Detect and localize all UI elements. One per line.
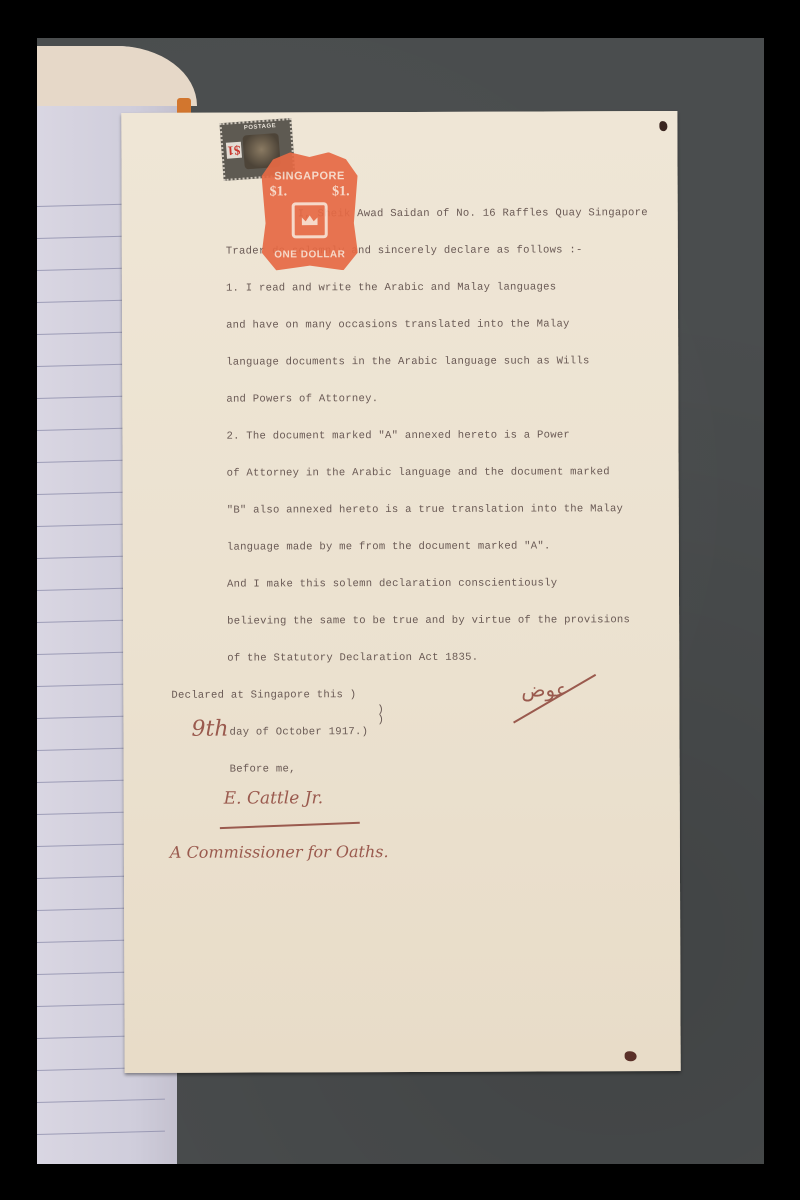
jurat-line-1: Declared at Singapore this ) [171,689,356,702]
before-me-label: Before me, [230,763,296,775]
commissioner-title: A Commissioner for Oaths. [170,842,389,862]
declarant-signature: عوض [521,677,568,701]
body-line-3: 1. I read and write the Arabic and Malay… [226,281,556,294]
revenue-stamp: SINGAPORE $1. $1. ONE DOLLAR [261,152,357,270]
body-line-7: 2. The document marked "A" annexed heret… [226,429,570,442]
body-line-5: language documents in the Arabic languag… [226,355,589,368]
signature-underline [220,822,360,829]
photo-background: POSTAGE $1 I, Sheik Awad Saidan of No. 1… [37,38,764,1164]
handwritten-day: 9th [191,717,228,742]
jurat-line-2: day of October 1917.) [229,726,368,738]
body-line-6: and Powers of Attorney. [226,393,378,406]
ink-blot-bottom [625,1051,637,1061]
body-line-13: of the Statutory Declaration Act 1835. [227,652,478,665]
declaration-sheet: POSTAGE $1 I, Sheik Awad Saidan of No. 1… [121,111,680,1073]
body-line-9: "B" also annexed hereto is a true transl… [227,503,623,516]
body-line-11: And I make this solemn declaration consc… [227,577,557,590]
ink-blot-top [659,121,667,131]
body-line-8: of Attorney in the Arabic language and t… [227,466,610,479]
notebook-page-fold [37,46,197,106]
body-line-4: and have on many occasions translated in… [226,318,570,331]
body-line-12: believing the same to be true and by vir… [227,614,630,627]
commissioner-signature: E. Cattle Jr. [224,788,323,808]
body-line-10: language made by me from the document ma… [227,540,551,553]
crown-icon [292,202,328,238]
jurat-bracket-2: ) [377,714,384,726]
